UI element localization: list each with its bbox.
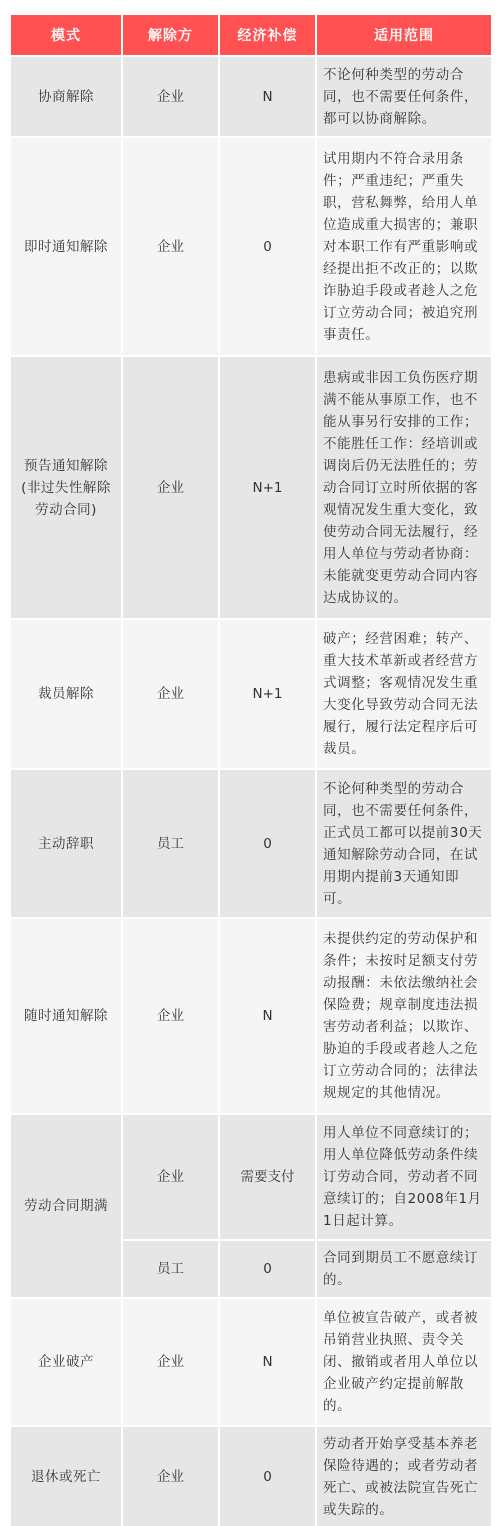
cell-mode: 退休或死亡	[11, 1427, 121, 1526]
cell-mode: 随时通知解除	[11, 919, 121, 1113]
table-header-row: 模式 解除方 经济补偿 适用范围	[11, 15, 491, 55]
cell-compensation: N	[220, 919, 315, 1113]
table-row: 预告通知解除(非过失性解除劳动合同) 企业 N+1 患病或非因工负伤医疗期满不能…	[11, 357, 491, 618]
cell-mode: 劳动合同期满	[11, 1115, 121, 1297]
cell-party: 企业	[123, 1299, 218, 1425]
table-row: 主动辞职 员工 0 不论何种类型的劳动合同，也不需要任何条件，正式员工都可以提前…	[11, 770, 491, 917]
cell-scope: 未提供约定的劳动保护和条件；未按时足额支付劳动报酬：未依法缴纳社会保险费；规章制…	[317, 919, 491, 1113]
cell-scope: 合同到期员工不愿意续订的。	[317, 1241, 491, 1297]
header-mode: 模式	[11, 15, 121, 55]
header-compensation: 经济补偿	[220, 15, 315, 55]
cell-party: 企业	[123, 1427, 218, 1526]
cell-mode: 预告通知解除(非过失性解除劳动合同)	[11, 357, 121, 618]
cell-scope: 劳动者开始享受基本养老保险待遇的；或者劳动者死亡、或被法院宣告死亡或失踪的。	[317, 1427, 491, 1526]
cell-scope: 单位被宣告破产，或者被吊销营业执照、责令关闭、撤销或者用人单位以企业破产约定提前…	[317, 1299, 491, 1425]
cell-compensation: N	[220, 57, 315, 136]
termination-modes-table: 模式 解除方 经济补偿 适用范围 协商解除 企业 N 不论何种类型的劳动合同，也…	[9, 13, 493, 1526]
cell-party: 企业	[123, 620, 218, 768]
cell-compensation: N	[220, 1299, 315, 1425]
cell-mode: 协商解除	[11, 57, 121, 136]
cell-party: 员工	[123, 1241, 218, 1297]
cell-party: 企业	[123, 357, 218, 618]
cell-scope: 破产；经营困难；转产、重大技术革新或者经营方式调整；客观情况发生重大变化导致劳动…	[317, 620, 491, 768]
table-row: 企业破产 企业 N 单位被宣告破产，或者被吊销营业执照、责令关闭、撤销或者用人单…	[11, 1299, 491, 1425]
cell-party: 企业	[123, 138, 218, 355]
table-row: 随时通知解除 企业 N 未提供约定的劳动保护和条件；未按时足额支付劳动报酬：未依…	[11, 919, 491, 1113]
cell-compensation: 0	[220, 1427, 315, 1526]
cell-scope: 患病或非因工负伤医疗期满不能从事原工作，也不能从事另行安排的工作；不能胜任工作：…	[317, 357, 491, 618]
header-scope: 适用范围	[317, 15, 491, 55]
cell-mode: 裁员解除	[11, 620, 121, 768]
cell-mode: 企业破产	[11, 1299, 121, 1425]
cell-compensation: N+1	[220, 357, 315, 618]
table-row: 协商解除 企业 N 不论何种类型的劳动合同，也不需要任何条件，都可以协商解除。	[11, 57, 491, 136]
table-row: 退休或死亡 企业 0 劳动者开始享受基本养老保险待遇的；或者劳动者死亡、或被法院…	[11, 1427, 491, 1526]
cell-scope: 用人单位不同意续订的；用人单位降低劳动条件续订劳动合同，劳动者不同意续订的；自2…	[317, 1115, 491, 1239]
cell-compensation: 需要支付	[220, 1115, 315, 1239]
cell-compensation: 0	[220, 1241, 315, 1297]
header-party: 解除方	[123, 15, 218, 55]
cell-mode: 即时通知解除	[11, 138, 121, 355]
cell-scope: 不论何种类型的劳动合同，也不需要任何条件，都可以协商解除。	[317, 57, 491, 136]
cell-mode: 主动辞职	[11, 770, 121, 917]
cell-party: 企业	[123, 57, 218, 136]
cell-scope: 试用期内不符合录用条件；严重违纪；严重失职，营私舞弊，给用人单位造成重大损害的；…	[317, 138, 491, 355]
cell-compensation: 0	[220, 770, 315, 917]
table-row: 劳动合同期满 企业 需要支付 用人单位不同意续订的；用人单位降低劳动条件续订劳动…	[11, 1115, 491, 1239]
cell-party: 企业	[123, 1115, 218, 1239]
table-row: 裁员解除 企业 N+1 破产；经营困难；转产、重大技术革新或者经营方式调整；客观…	[11, 620, 491, 768]
cell-party: 员工	[123, 770, 218, 917]
cell-scope: 不论何种类型的劳动合同，也不需要任何条件，正式员工都可以提前30天通知解除劳动合…	[317, 770, 491, 917]
cell-compensation: N+1	[220, 620, 315, 768]
cell-compensation: 0	[220, 138, 315, 355]
cell-party: 企业	[123, 919, 218, 1113]
table-row: 即时通知解除 企业 0 试用期内不符合录用条件；严重违纪；严重失职，营私舞弊，给…	[11, 138, 491, 355]
